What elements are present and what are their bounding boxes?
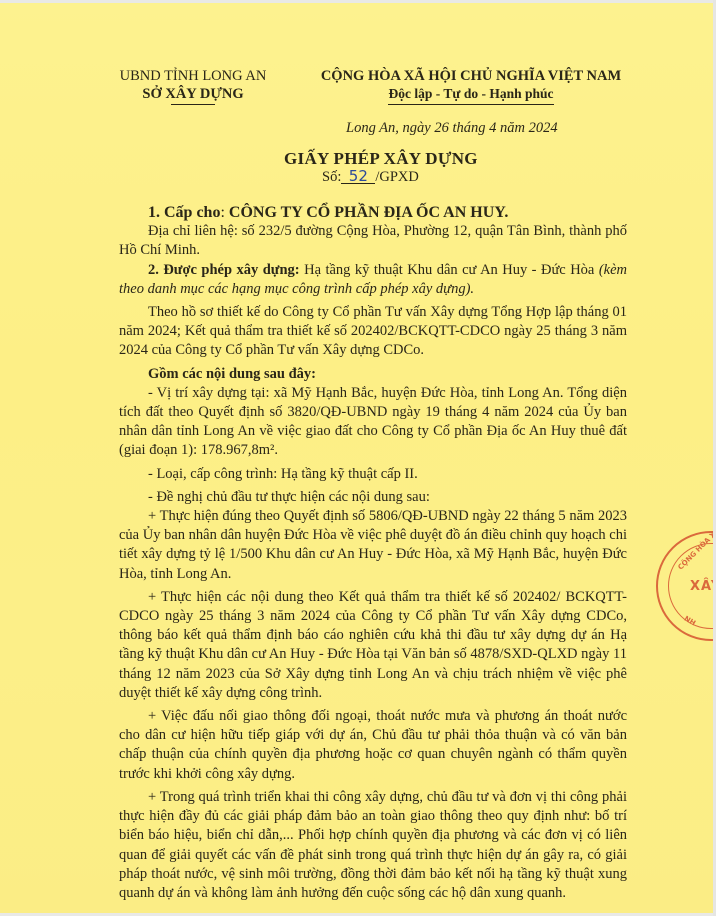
document-number: Số:52/GPXD — [322, 169, 419, 186]
document-title: GIẤY PHÉP XÂY DỰNG — [284, 149, 478, 169]
national-heading: CỘNG HÒA XÃ HỘI CHỦ NGHĨA VIỆT NAM Độc l… — [316, 67, 626, 105]
number-prefix: Số: — [322, 169, 341, 185]
section-2-label: 2. Được phép xây dựng: — [148, 262, 300, 278]
content-item: - Vị trí xây dựng tại: xã Mỹ Hạnh Bắc, h… — [119, 384, 627, 461]
requirement-item: + Trong quá trình triển khai thi công xâ… — [119, 788, 627, 903]
red-seal-stamp-icon: CỘNG HÒA X XÂY NH — [656, 531, 713, 641]
requirement-item: + Thực hiện đúng theo Quyết định số 5806… — [119, 507, 627, 584]
document-page: UBND TỈNH LONG AN SỞ XÂY DỰNG CỘNG HÒA X… — [0, 3, 713, 913]
content-item: - Đề nghị chủ đầu tư thực hiện các nội d… — [119, 488, 627, 507]
contents-heading: Gồm các nội dung sau đây: — [119, 365, 627, 384]
dateline: Long An, ngày 26 tháng 4 năm 2024 — [346, 120, 558, 137]
grantee-address: Địa chỉ liên hệ: số 232/5 đường Cộng Hòa… — [119, 222, 627, 260]
requirement-item: + Việc đấu nối giao thông đối ngoại, tho… — [119, 707, 627, 784]
nation-motto: Độc lập - Tự do - Hạnh phúc — [388, 85, 553, 105]
number-suffix: /GPXD — [375, 169, 419, 185]
section-2-value: Hạ tầng kỹ thuật Khu dân cư An Huy - Đức… — [300, 262, 599, 278]
nation-name: CỘNG HÒA XÃ HỘI CHỦ NGHĨA VIỆT NAM — [316, 67, 626, 85]
agency-underline — [171, 104, 215, 105]
stamp-center-text: XÂY — [690, 579, 713, 594]
number-value: 52 — [341, 169, 375, 184]
section-1-colon: : — [220, 204, 228, 221]
agency-department: SỞ XÂY DỰNG — [142, 85, 243, 103]
issuing-agency: UBND TỈNH LONG AN SỞ XÂY DỰNG — [118, 67, 268, 105]
requirement-item: + Thực hiện các nội dung theo Kết quả th… — [119, 588, 627, 703]
content-item: - Loại, cấp công trình: Hạ tầng kỹ thuật… — [119, 465, 627, 484]
section-1-grantee: 1. Cấp cho: CÔNG TY CỔ PHẦN ĐỊA ỐC AN HU… — [119, 203, 627, 222]
design-basis: Theo hồ sơ thiết kế do Công ty Cổ phần T… — [119, 303, 627, 361]
section-2-permit: 2. Được phép xây dựng: Hạ tầng kỹ thuật … — [119, 261, 627, 299]
document-body: 1. Cấp cho: CÔNG TY CỔ PHẦN ĐỊA ỐC AN HU… — [119, 203, 627, 903]
agency-parent: UBND TỈNH LONG AN — [118, 67, 268, 85]
grantee-name: CÔNG TY CỔ PHẦN ĐỊA ỐC AN HUY. — [229, 204, 508, 221]
section-1-label: 1. Cấp cho — [148, 204, 220, 221]
